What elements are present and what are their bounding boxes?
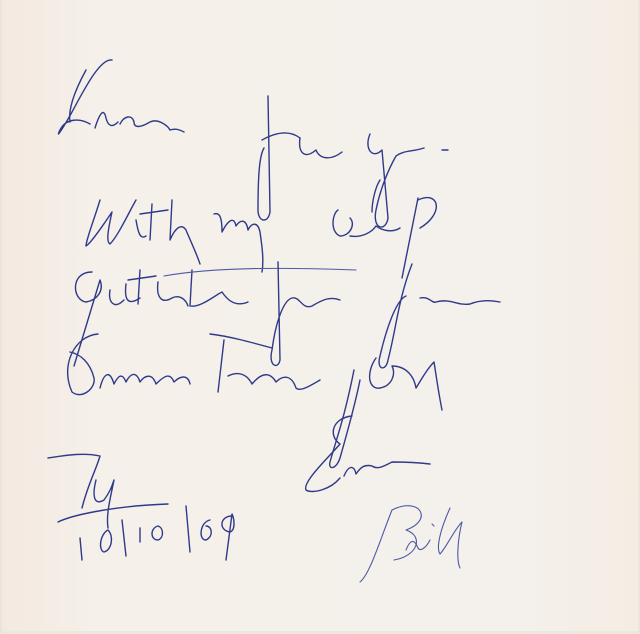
paper-page: Dear Jorge - With my deep gratitude for … [0,0,640,634]
line-demonstrations [68,334,442,468]
handwriting-strokes [0,0,640,634]
signature-bill [360,506,462,582]
date-strokes [80,506,234,560]
word-ny [48,454,168,528]
line-with-my-deep [86,180,436,278]
word-jorge [258,96,448,227]
word-dear [58,60,184,134]
word-ever [306,416,430,492]
line-gratitude-for-your [74,262,500,368]
